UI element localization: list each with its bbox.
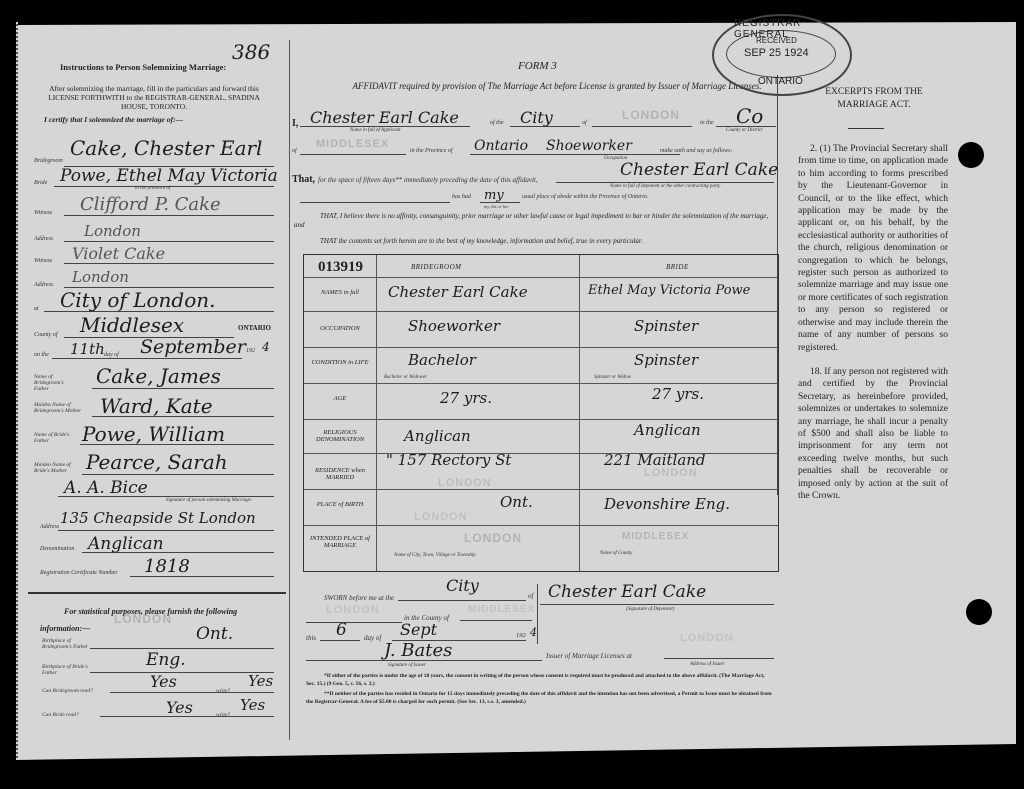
stamp-london: LONDON bbox=[114, 612, 172, 626]
column-divider bbox=[289, 40, 290, 740]
heading-rule bbox=[848, 128, 884, 129]
form-title: FORM 3 bbox=[518, 60, 557, 72]
issuer-signature: J. Bates bbox=[384, 640, 452, 661]
perforated-edge bbox=[16, 22, 18, 760]
party-name-value: Chester Earl Cake bbox=[620, 160, 778, 180]
page-number: 386 bbox=[232, 40, 270, 64]
registrar-received-stamp: REGISTRAR GENERAL RECEIVED SEP 25 1924 O… bbox=[712, 14, 852, 96]
punch-hole bbox=[958, 142, 984, 168]
bridegroom-value: Cake, Chester Earl bbox=[70, 136, 262, 160]
address2-value: London bbox=[72, 268, 129, 286]
groom-mother-value: Ward, Kate bbox=[100, 394, 213, 418]
serial-number: 013919 bbox=[318, 259, 363, 276]
year-value: 4 bbox=[262, 340, 270, 354]
instructions-title: Instructions to Person Solemnizing Marri… bbox=[60, 62, 226, 72]
address1-value: London bbox=[84, 222, 141, 240]
pronoun-value: my bbox=[484, 188, 504, 203]
bride-mother-value: Pearce, Sarah bbox=[86, 450, 228, 474]
excerpt-section-18: 18. If any person not registered with an… bbox=[798, 366, 948, 502]
sworn-year-value: 4 bbox=[530, 626, 537, 639]
province-value: Ontario bbox=[474, 138, 528, 154]
bride-father-value: Powe, William bbox=[82, 422, 225, 446]
deponent-name: Chester Earl Cake bbox=[310, 108, 459, 127]
day-value: 11th bbox=[70, 340, 105, 358]
groom-can-read: Yes bbox=[150, 672, 177, 691]
bride-can-write: Yes bbox=[240, 696, 265, 714]
officiant-address-value: 135 Cheapside St London bbox=[60, 510, 270, 526]
certify-text: I certify that I solemnized the marriage… bbox=[44, 115, 183, 124]
at-value: City of London. bbox=[60, 288, 215, 312]
groom-father-value: Cake, James bbox=[96, 364, 221, 388]
section-divider bbox=[28, 592, 286, 594]
deponent-signature: Chester Earl Cake bbox=[548, 582, 706, 602]
groom-can-write: Yes bbox=[248, 672, 273, 690]
particulars-table: 013919 BRIDEGROOM BRIDE NAMES in full Ch… bbox=[303, 254, 779, 572]
bride-father-birthplace: Eng. bbox=[146, 650, 186, 670]
denomination-value: Anglican bbox=[88, 534, 164, 554]
column-header-bridegroom: BRIDEGROOM bbox=[411, 263, 462, 271]
affidavit-heading: AFFIDAVIT required by provision of The M… bbox=[342, 80, 772, 92]
province-label: ONTARIO bbox=[238, 324, 271, 332]
punch-hole bbox=[966, 599, 992, 625]
footnote-2: **If neither of the parties has resided … bbox=[306, 690, 774, 706]
sworn-place-value: City bbox=[446, 576, 479, 595]
groom-father-birthplace: Ont. bbox=[196, 624, 233, 644]
witness2-value: Violet Cake bbox=[72, 244, 165, 263]
instructions-text: After solemnizing the marriage, fill in … bbox=[34, 84, 274, 111]
county-value: Middlesex bbox=[80, 313, 184, 337]
witness1-value: Clifford P. Cake bbox=[80, 194, 221, 215]
belief-clause-2: THAT the contents set forth herein are t… bbox=[320, 237, 774, 245]
stamp-date: SEP 25 1924 bbox=[744, 47, 809, 59]
sworn-month-value: Sept bbox=[400, 620, 437, 639]
officiant-signature: A. A. Bice bbox=[64, 478, 148, 498]
bride-can-read: Yes bbox=[166, 698, 193, 717]
sworn-day-value: 6 bbox=[336, 620, 347, 640]
belief-clause-1: THAT, I believe there is no affinity, co… bbox=[294, 212, 774, 230]
month-value: September bbox=[140, 336, 246, 358]
excerpts-heading: EXCERPTS FROM THE MARRIAGE ACT. bbox=[806, 86, 942, 112]
of-the-value: City bbox=[520, 108, 553, 127]
in-the-value: Co bbox=[736, 104, 763, 128]
excerpt-section-2: 2. (1) The Provincial Secretary shall fr… bbox=[798, 143, 948, 354]
bride-value: Powe, Ethel May Victoria bbox=[60, 166, 278, 186]
footnote-1: *If either of the parties is under the a… bbox=[306, 672, 774, 688]
column-header-bride: BRIDE bbox=[666, 263, 689, 271]
reg-cert-value: 1818 bbox=[144, 556, 190, 577]
occupation-value: Shoeworker bbox=[546, 138, 632, 154]
